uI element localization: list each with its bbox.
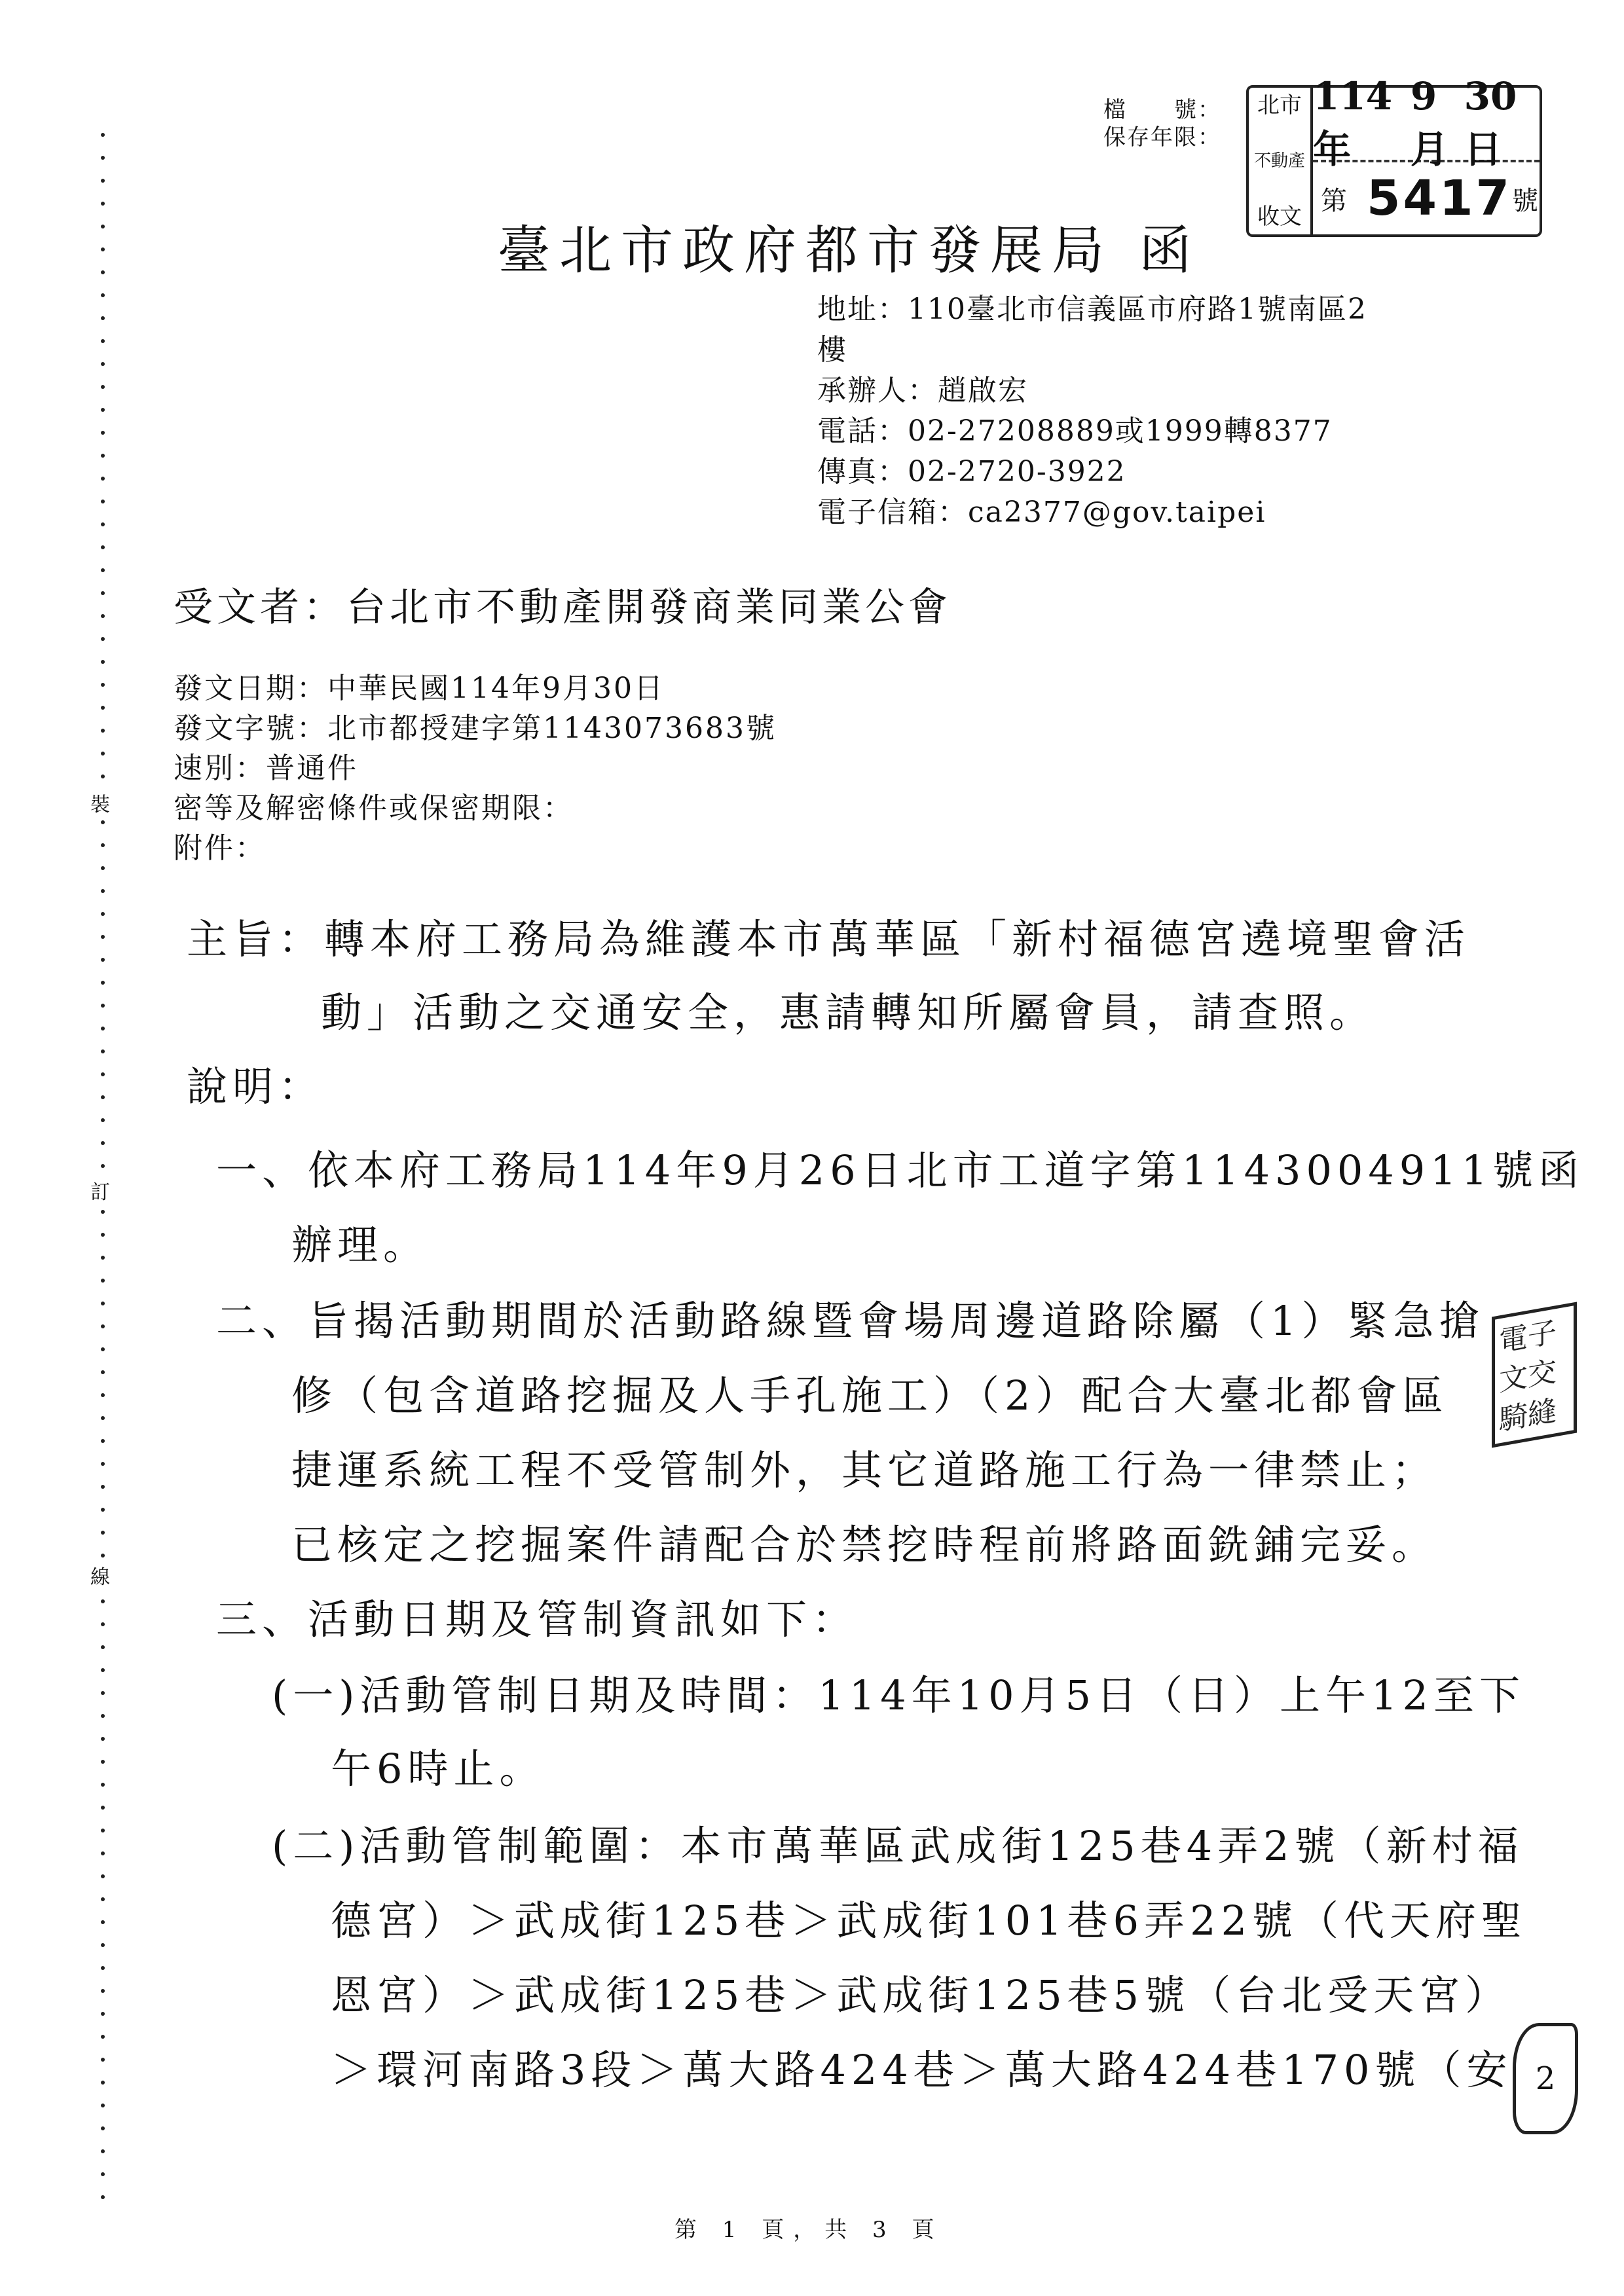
binding-dot	[101, 339, 105, 343]
subject-line-1: 主旨：轉本府工務局為維護本市萬華區「新村福德宮遶境聖會活	[187, 907, 1470, 965]
binding-dot	[101, 1691, 105, 1695]
binding-dot	[101, 1943, 105, 1947]
binding-dot	[101, 774, 105, 778]
binding-dot	[101, 1324, 105, 1328]
receipt-stamp-org: 北市 不動產 收文	[1249, 88, 1313, 234]
file-number-label: 檔 號：	[1103, 97, 1221, 123]
explanation-item-2-line-3: 捷運系統工程不受管制外，其它道路施工行為一律禁止；	[291, 1438, 1437, 1496]
binding-dot	[101, 1393, 105, 1397]
binding-dot	[101, 889, 105, 893]
binding-dot	[101, 1599, 105, 1603]
binding-dot	[101, 1989, 105, 1993]
binding-dot	[101, 1714, 105, 1718]
binding-dot	[101, 843, 105, 847]
binding-dot	[101, 1485, 105, 1489]
secrecy-level: 密等及解密條件或保密期限：	[174, 784, 574, 826]
binding-dot	[101, 1897, 105, 1901]
binding-dot	[101, 1302, 105, 1305]
binding-dot	[101, 1737, 105, 1741]
binding-dot	[101, 1439, 105, 1443]
stamp-org-line-1: 北市	[1257, 93, 1302, 118]
binding-dot	[101, 1668, 105, 1672]
binding-dot	[101, 1966, 105, 1970]
stamp-day: 30	[1464, 74, 1517, 118]
explanation-item-3-sub-1-line-2: 午6時止。	[331, 1736, 545, 1795]
binding-dot	[101, 1095, 105, 1099]
binding-dot	[101, 2081, 105, 2085]
binding-dot	[101, 1783, 105, 1787]
seal-page-number: 2	[1536, 2060, 1556, 2097]
binding-dot	[101, 247, 105, 251]
stamp-number-prefix: 第	[1321, 180, 1347, 217]
speed-class: 速別：普通件	[174, 744, 358, 786]
binding-dot	[101, 683, 105, 687]
receipt-stamp: 北市 不動產 收文 114年 9月 30日 第 5417 號	[1246, 85, 1542, 237]
binding-dot	[101, 1118, 105, 1122]
stamp-number-suffix: 號	[1512, 180, 1538, 217]
explanation-item-2-line-1: 二、旨揭活動期間於活動路線暨會場周邊道路除屬（1）緊急搶	[216, 1288, 1485, 1347]
explanation-item-3-sub-2-line-2: 德宮）＞武成街125巷＞武成街101巷6弄22號（代天府聖	[331, 1888, 1527, 1946]
stamp-handwritten-number: 5417	[1367, 170, 1512, 227]
explanation-item-3-sub-1-line-1: (一)活動管制日期及時間：114年10月5日（日）上午12至下	[272, 1663, 1525, 1721]
binding-dot	[101, 316, 105, 320]
binding-dot	[101, 2149, 105, 2153]
binding-margin-dotted-line	[98, 128, 107, 2223]
explanation-item-3-sub-2-line-4: ＞環河南路3段＞萬大路424巷＞萬大路424巷170號（安	[331, 2037, 1512, 2096]
binding-dot	[101, 1760, 105, 1764]
binding-dot	[101, 1508, 105, 1512]
binding-dot	[101, 1645, 105, 1649]
binding-dot	[101, 591, 105, 595]
binding-dot	[101, 958, 105, 962]
receipt-stamp-date: 114年 9月 30日	[1313, 88, 1540, 162]
binding-dot	[101, 179, 105, 183]
binding-char-zhuang: 裝	[90, 794, 110, 816]
stamp-year: 114	[1313, 74, 1392, 118]
explanation-item-3-sub-2-line-3: 恩宮）＞武成街125巷＞武成街125巷5號（台北受天宮）	[331, 1963, 1511, 2021]
binding-dot	[101, 1210, 105, 1214]
binding-dot	[101, 1370, 105, 1374]
phone: 電話：02-27208889或1999轉8377	[817, 415, 1333, 448]
retention-period-label: 保存年限：	[1103, 124, 1221, 151]
binding-dot	[101, 1829, 105, 1832]
binding-dot	[101, 202, 105, 206]
binding-dot	[101, 820, 105, 824]
explanation-item-2-line-4: 已核定之挖掘案件請配合於禁挖時程前將路面銑鋪完妥。	[291, 1512, 1437, 1571]
binding-dot	[101, 1256, 105, 1260]
explanation-heading: 說明：	[187, 1054, 324, 1112]
binding-dot	[101, 568, 105, 572]
binding-dot	[101, 1554, 105, 1558]
email: 電子信箱：ca2377@gov.taipei	[817, 496, 1266, 529]
binding-dot	[101, 2172, 105, 2176]
document-title: 臺北市政府都市發展局 函	[498, 208, 1200, 283]
binding-dot	[101, 1164, 105, 1168]
binding-dot	[101, 2035, 105, 2039]
binding-dot	[101, 408, 105, 412]
binding-dot	[101, 293, 105, 297]
document-number: 發文字號：北市都授建字第1143073683號	[174, 704, 777, 746]
binding-dot	[101, 2012, 105, 2016]
binding-dot	[101, 385, 105, 389]
binding-dot	[101, 2058, 105, 2062]
binding-dot	[101, 2104, 105, 2107]
explanation-item-2-line-2: 修（包含道路挖掘及人手孔施工）（2）配合大臺北都會區	[291, 1363, 1448, 1421]
binding-dot	[101, 477, 105, 481]
binding-dot	[101, 225, 105, 228]
binding-dot	[101, 1027, 105, 1030]
stamp-org-line-2: 不動產	[1254, 149, 1305, 173]
binding-dot	[101, 545, 105, 549]
fax: 傳真：02-2720-3922	[817, 456, 1126, 488]
binding-dot	[101, 706, 105, 710]
binding-dot	[101, 500, 105, 503]
attachments: 附件：	[174, 824, 266, 866]
stamp-month: 9	[1411, 74, 1437, 118]
binding-dot	[101, 431, 105, 435]
binding-char-ding: 訂	[90, 1182, 110, 1204]
binding-dot	[101, 133, 105, 137]
binding-dot	[101, 1920, 105, 1924]
receipt-stamp-number: 第 5417 號	[1313, 162, 1540, 234]
binding-dot	[101, 614, 105, 618]
binding-dot	[101, 935, 105, 939]
issue-date: 發文日期：中華民國114年9月30日	[174, 665, 665, 706]
binding-dot	[101, 1141, 105, 1145]
explanation-item-1-line-2: 辦理。	[291, 1212, 429, 1271]
address-line-1: 地址：110臺北市信義區市府路1號南區2	[817, 293, 1367, 326]
binding-dot	[101, 1279, 105, 1283]
binding-dot	[101, 912, 105, 916]
binding-dot	[101, 660, 105, 664]
binding-dot	[101, 2195, 105, 2199]
binding-dot	[101, 981, 105, 985]
binding-dot	[101, 1851, 105, 1855]
binding-dot	[101, 1874, 105, 1878]
handler: 承辦人：趙啟宏	[817, 374, 1028, 407]
binding-dot	[101, 522, 105, 526]
address-line-2: 樓	[817, 334, 847, 367]
binding-dot	[101, 270, 105, 274]
page-indicator: 第 1 頁，共 3 頁	[674, 2212, 944, 2244]
stamp-org-line-3: 收文	[1257, 204, 1302, 229]
recipient: 受文者：台北市不動產開發商業同業公會	[174, 576, 951, 632]
binding-dot	[101, 1004, 105, 1008]
binding-dot	[101, 156, 105, 160]
subject-line-2: 動」活動之交通安全，惠請轉知所屬會員，請查照。	[321, 980, 1375, 1038]
binding-dot	[101, 1347, 105, 1351]
binding-dot	[101, 1622, 105, 1626]
binding-dot	[101, 1072, 105, 1076]
binding-dot	[101, 729, 105, 733]
binding-dot	[101, 1416, 105, 1420]
e-document-seam-stamp: 電子 文交 騎縫	[1492, 1302, 1577, 1448]
binding-dot	[101, 1806, 105, 1810]
explanation-item-3-sub-2-line-1: (二)活動管制範圍：本市萬華區武成街125巷4弄2號（新村福	[272, 1813, 1524, 1872]
binding-dot	[101, 866, 105, 870]
binding-dot	[101, 637, 105, 641]
binding-char-xian: 線	[90, 1567, 110, 1589]
binding-dot	[101, 362, 105, 366]
binding-dot	[101, 1531, 105, 1535]
explanation-item-3-heading: 三、活動日期及管制資訊如下：	[216, 1587, 858, 1645]
binding-dot	[101, 1462, 105, 1466]
explanation-item-1-line-1: 一、依本府工務局114年9月26日北市工道字第1143004911號函	[216, 1138, 1584, 1196]
binding-dot	[101, 1233, 105, 1237]
binding-dot	[101, 1049, 105, 1053]
page-seal-stamp: 2	[1513, 2023, 1578, 2134]
binding-dot	[101, 752, 105, 756]
binding-dot	[101, 2126, 105, 2130]
binding-dot	[101, 454, 105, 458]
